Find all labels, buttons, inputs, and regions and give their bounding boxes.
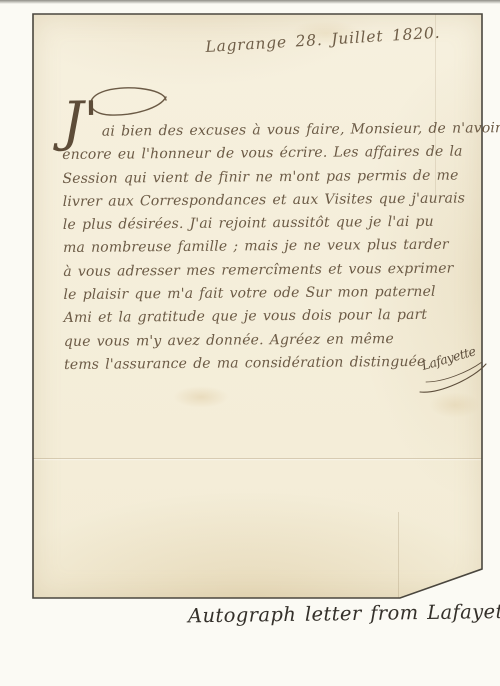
- letter-body: J'ai bien des excuses à vous faire, Mons…: [62, 120, 488, 380]
- paper-stain: [173, 386, 229, 408]
- fold-crease-vertical-bottom: [398, 512, 399, 598]
- signature-flourish: [416, 352, 490, 396]
- scanned-letter-page: Lagrange 28. Juillet 1820. J'ai bien des…: [0, 0, 500, 686]
- scan-top-edge: [0, 0, 500, 4]
- caption-text: Autograph letter from Lafayette: [188, 600, 500, 628]
- fold-crease-horizontal: [33, 458, 482, 459]
